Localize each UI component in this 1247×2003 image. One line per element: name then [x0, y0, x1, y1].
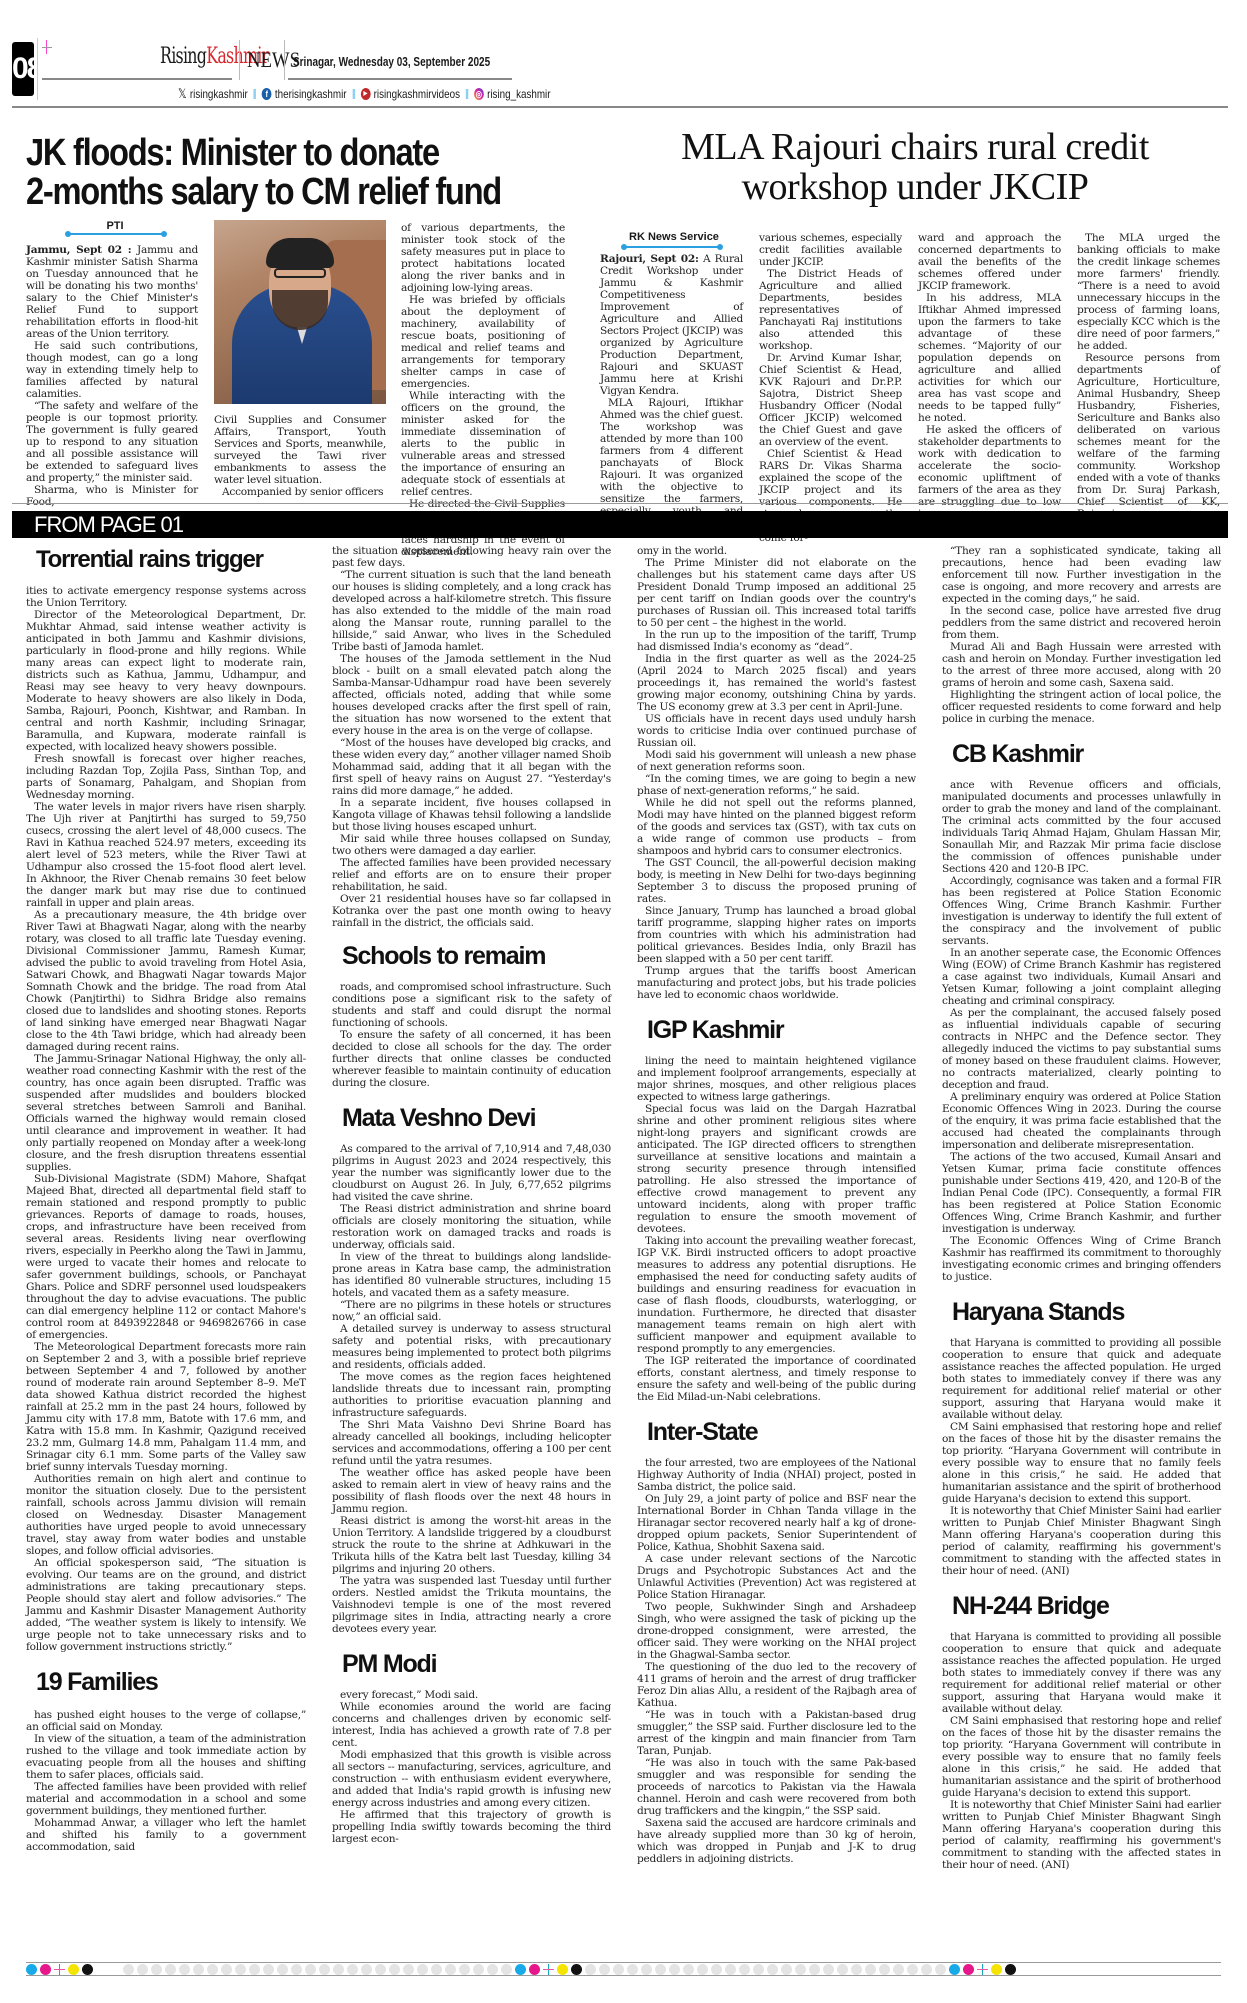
- separator: [466, 89, 468, 99]
- registration-cross-icon: [54, 1964, 65, 1975]
- registration-mark-icon: [42, 40, 52, 54]
- magenta-swatch-icon: [529, 1964, 540, 1975]
- dateline: Srinagar, Wednesday 03, September 2025: [293, 55, 490, 69]
- paragraph: ities to activate emergency response sys…: [26, 585, 306, 609]
- paragraph: of various departments, the minister too…: [401, 222, 565, 294]
- interstate-body: the four arrested, two are employees of …: [637, 1457, 916, 1865]
- paragraph: lining the need to maintain heightened v…: [637, 1055, 916, 1103]
- paragraph: Civil Supplies and Consumer Affairs, Tra…: [214, 414, 386, 486]
- paragraph: Two people, Sukhwinder Singh and Arshade…: [637, 1601, 916, 1661]
- banner-top-rule: [12, 503, 1228, 504]
- nh-244-body: that Haryana is committed to providing a…: [942, 1631, 1221, 1871]
- paragraph: While economies around the world are fac…: [332, 1701, 611, 1749]
- paragraph: To ensure the safety of all concerned, i…: [332, 1029, 611, 1089]
- paragraph: Since January, Trump has launched a broa…: [637, 905, 916, 965]
- paragraph: roads, and compromised school infrastruc…: [332, 981, 611, 1029]
- paragraph: The GST Council, the all-powerful decisi…: [637, 857, 916, 905]
- paragraph: The Meteorological Department forecasts …: [26, 1341, 306, 1473]
- byline-pti: PTI: [66, 220, 164, 232]
- paragraph: Mir said while three houses collapsed on…: [332, 833, 611, 857]
- paragraph: India in the first quarter as well as th…: [637, 653, 916, 713]
- paragraph: The Shri Mata Vaishno Devi Shrine Board …: [332, 1419, 611, 1467]
- paragraph: The yatra was suspended last Tuesday unt…: [332, 1575, 611, 1635]
- paragraph: The weather office has asked people have…: [332, 1467, 611, 1515]
- article-mla-col2: various schemes, especially credit facil…: [759, 232, 902, 544]
- headline-line-1: MLA Rajouri chairs rural credit: [600, 128, 1230, 168]
- yellow-swatch-icon: [557, 1964, 568, 1975]
- paragraph: The actions of the two accused, Kumail A…: [942, 1151, 1221, 1235]
- article-mla-col1: Rajouri, Sept 02: A Rural Credit Worksho…: [600, 253, 743, 529]
- paragraph: The MLA urged the banking officials to m…: [1077, 232, 1220, 352]
- modi-body: every forecast,” Modi said. While econom…: [332, 1689, 611, 1845]
- paragraph: “There are no pilgrims in these hotels o…: [332, 1299, 611, 1323]
- paragraph: “They ran a sophisticated syndicate, tak…: [942, 545, 1221, 605]
- section-heading-19-families: 19 Families: [26, 1667, 306, 1697]
- paragraph: ward and approach the concerned departme…: [918, 232, 1061, 292]
- paragraph: that Haryana is committed to providing a…: [942, 1631, 1221, 1715]
- from-page-col1: Torrential rains trigger ities to activa…: [26, 545, 306, 1853]
- paragraph: Highlighting the stringent action of loc…: [942, 689, 1221, 725]
- header-bottom-rule: [12, 106, 1228, 108]
- byline-underline: [68, 233, 164, 235]
- interstate-continued-body: “They ran a sophisticated syndicate, tak…: [942, 545, 1221, 725]
- article-floods-col3: of various departments, the minister too…: [401, 222, 565, 558]
- paragraph: every forecast,” Modi said.: [332, 1689, 611, 1701]
- paragraph: has pushed eight houses to the verge of …: [26, 1709, 306, 1733]
- paragraph: Resource persons from departments of Agr…: [1077, 352, 1220, 520]
- header-rule-left: [42, 78, 232, 80]
- paragraph: MLA Rajouri, Iftikhar Ahmed was the chie…: [600, 397, 743, 529]
- families-body: has pushed eight houses to the verge of …: [26, 1709, 306, 1853]
- section-heading-cb-kashmir: CB Kashmir: [942, 739, 1221, 769]
- paragraph: He affirmed that this trajectory of grow…: [332, 1809, 611, 1845]
- paragraph: A case under relevant sections of the Na…: [637, 1553, 916, 1601]
- masthead-divider: [239, 40, 240, 80]
- modi-continued-body: omy in the world. The Prime Minister did…: [637, 545, 916, 1001]
- paragraph: The questioning of the duo led to the re…: [637, 1661, 916, 1709]
- paragraph: Murad Ali and Bagh Hussain were arrested…: [942, 641, 1221, 689]
- section-heading-nh-244-bridge: NH-244 Bridge: [942, 1591, 1221, 1621]
- instagram-icon[interactable]: ◎: [474, 88, 484, 100]
- paragraph: A detailed survey is underway to assess …: [332, 1323, 611, 1371]
- section-heading-igp-kashmir: IGP Kashmir: [637, 1015, 916, 1045]
- paragraph: The water levels in major rivers have ri…: [26, 801, 306, 909]
- paragraph: “Most of the houses have developed big c…: [332, 737, 611, 797]
- paragraph: “In the coming times, we are going to be…: [637, 773, 916, 797]
- paragraph: While interacting with the officers on t…: [401, 390, 565, 498]
- section-heading-pm-modi: PM Modi: [332, 1649, 611, 1679]
- paragraph: Over 21 residential houses have so far c…: [332, 893, 611, 929]
- paragraph: various schemes, especially credit facil…: [759, 232, 902, 268]
- paragraph: The move comes as the region faces heigh…: [332, 1371, 611, 1419]
- headline-line-2: workshop under JKCIP: [600, 168, 1230, 208]
- magenta-swatch-icon: [40, 1964, 51, 1975]
- article-dateline: Rajouri, Sept 02:: [600, 253, 699, 265]
- minister-photo: [214, 220, 386, 404]
- paragraph: An official spokesperson said, “The situ…: [26, 1557, 306, 1653]
- section-heading-torrential-rains: Torrential rains trigger: [26, 545, 306, 575]
- paragraph: He asked the officers of stakeholder dep…: [918, 424, 1061, 520]
- paragraph: that Haryana is committed to providing a…: [942, 1337, 1221, 1421]
- paragraph: In the run up to the imposition of the t…: [637, 629, 916, 653]
- paragraph: “He was also in touch with the same Pak-…: [637, 1757, 916, 1817]
- article-floods-col1: Jammu, Sept 02 : Jammu and Kashmir minis…: [26, 244, 198, 508]
- paragraph: “The safety and welfare of the people is…: [26, 400, 198, 484]
- social-links: 𝕏 risingkashmir f therisingkashmir ▶ ris…: [178, 86, 551, 102]
- cyan-swatch-icon: [26, 1964, 37, 1975]
- paragraph: Special focus was laid on the Dargah Haz…: [637, 1103, 916, 1235]
- x-icon[interactable]: 𝕏: [178, 86, 187, 102]
- section-heading-inter-state: Inter-State: [637, 1417, 916, 1447]
- headline-jk-floods: JK floods: Minister to donate 2-months s…: [26, 134, 508, 212]
- paragraph: He said such contributions, though modes…: [26, 340, 198, 400]
- paragraph: CM Saini emphasised that restoring hope …: [942, 1715, 1221, 1799]
- paragraph: Trump argues that the tariffs boost Amer…: [637, 965, 916, 1001]
- paragraph: Director of the Meteorological Departmen…: [26, 609, 306, 753]
- paragraph: The houses of the Jamoda settlement in t…: [332, 653, 611, 737]
- magenta-swatch-icon: [963, 1964, 974, 1975]
- paragraph: Taking into account the prevailing weath…: [637, 1235, 916, 1355]
- masthead-divider-2: [284, 40, 285, 80]
- paragraph: the four arrested, two are employees of …: [637, 1457, 916, 1493]
- registration-cross-icon: [977, 1964, 988, 1975]
- paragraph: The affected families have been provided…: [26, 1781, 306, 1817]
- haryana-body: that Haryana is committed to providing a…: [942, 1337, 1221, 1577]
- paragraph: Fresh snowfall is forecast over higher r…: [26, 753, 306, 801]
- social-handle-youtube[interactable]: risingkashmirvideos: [374, 87, 460, 101]
- header-rule-right: [288, 78, 512, 80]
- paragraph: The affected families have been provided…: [332, 857, 611, 893]
- paragraph: the situation worsened following heavy r…: [332, 545, 611, 569]
- paragraph: Dr. Arvind Kumar Ishar, Chief Scientist …: [759, 352, 902, 448]
- paragraph: Reasi district is among the worst-hit ar…: [332, 1515, 611, 1575]
- torrential-rains-body: ities to activate emergency response sys…: [26, 585, 306, 1653]
- paragraph: On July 29, a joint party of police and …: [637, 1493, 916, 1553]
- from-page-banner: FROM PAGE 01: [12, 511, 1228, 538]
- paragraph: He was briefed by officials about the de…: [401, 294, 565, 390]
- paragraph: A Rural Credit Workshop under Jammu & Ka…: [600, 253, 743, 397]
- paragraph: ance with Revenue officers and officials…: [942, 779, 1221, 875]
- paragraph: In his address, MLA Iftikhar Ahmed impre…: [918, 292, 1061, 424]
- from-page-col3: omy in the world. The Prime Minister did…: [637, 545, 916, 1865]
- registration-cross-icon: [543, 1964, 554, 1975]
- paragraph: Modi said his government will unleash a …: [637, 749, 916, 773]
- paragraph: Accordingly, cognisance was taken and a …: [942, 875, 1221, 947]
- cyan-swatch-icon: [515, 1964, 526, 1975]
- paragraph: “The current situation is such that the …: [332, 569, 611, 653]
- paragraph: The Reasi district administration and sh…: [332, 1203, 611, 1251]
- headline-line-1: JK floods: Minister to donate: [26, 134, 508, 173]
- paragraph: US officials have in recent days used un…: [637, 713, 916, 749]
- from-page-col2: the situation worsened following heavy r…: [332, 545, 611, 1845]
- paragraph: In view of the situation, a team of the …: [26, 1733, 306, 1781]
- social-handle-x[interactable]: risingkashmir: [190, 87, 248, 101]
- separator: [352, 89, 354, 99]
- paragraph: The Prime Minister did not elaborate on …: [637, 557, 916, 629]
- paragraph: As a precautionary measure, the 4th brid…: [26, 909, 306, 1053]
- black-swatch-icon: [1005, 1964, 1016, 1975]
- article-mla-col4: The MLA urged the banking officials to m…: [1077, 232, 1220, 520]
- section-heading-haryana-stands: Haryana Stands: [942, 1297, 1221, 1327]
- paragraph: In an another seperate case, the Economi…: [942, 947, 1221, 1007]
- mata-body: As compared to the arrival of 7,10,914 a…: [332, 1143, 611, 1635]
- paragraph: The Economic Offences Wing of Crime Bran…: [942, 1235, 1221, 1283]
- families-continued-body: the situation worsened following heavy r…: [332, 545, 611, 929]
- headline-mla-rajouri: MLA Rajouri chairs rural credit workshop…: [600, 128, 1230, 208]
- article-floods-col2: Civil Supplies and Consumer Affairs, Tra…: [214, 414, 386, 498]
- paragraph: It is noteworthy that Chief Minister Sai…: [942, 1799, 1221, 1871]
- paragraph: Saxena said the accused are hardcore cri…: [637, 1817, 916, 1865]
- yellow-swatch-icon: [68, 1964, 79, 1975]
- facebook-icon[interactable]: f: [262, 88, 272, 100]
- color-registration-strip: [26, 1962, 1221, 1976]
- paragraph: Modi emphasized that this growth is visi…: [332, 1749, 611, 1809]
- cb-kashmir-body: ance with Revenue officers and officials…: [942, 779, 1221, 1283]
- black-swatch-icon: [82, 1964, 93, 1975]
- header-divider: [37, 38, 38, 100]
- cyan-swatch-icon: [949, 1964, 960, 1975]
- from-page-col4: “They ran a sophisticated syndicate, tak…: [942, 545, 1221, 1871]
- paragraph: Authorities remain on high alert and con…: [26, 1473, 306, 1557]
- paragraph: In a separate incident, five houses coll…: [332, 797, 611, 833]
- schools-body: roads, and compromised school infrastruc…: [332, 981, 611, 1089]
- yellow-swatch-icon: [991, 1964, 1002, 1975]
- paragraph: Accompanied by senior officers: [214, 486, 386, 498]
- paragraph: It is noteworthy that Chief Minister Sai…: [942, 1505, 1221, 1577]
- black-swatch-icon: [571, 1964, 582, 1975]
- paragraph: A preliminary enquiry was ordered at Pol…: [942, 1091, 1221, 1151]
- paragraph: While he did not spell out the reforms p…: [637, 797, 916, 857]
- social-handle-instagram[interactable]: rising_kashmir: [487, 87, 550, 101]
- paragraph: The IGP reiterated the importance of coo…: [637, 1355, 916, 1403]
- headline-line-2: 2-months salary to CM relief fund: [26, 173, 508, 212]
- paragraph: As per the complainant, the accused fals…: [942, 1007, 1221, 1091]
- igp-body: lining the need to maintain heightened v…: [637, 1055, 916, 1403]
- paragraph: omy in the world.: [637, 545, 916, 557]
- section-heading-schools: Schools to remaim: [332, 941, 611, 971]
- article-dateline: Jammu, Sept 02 :: [26, 244, 131, 256]
- paragraph: In the second case, police have arrested…: [942, 605, 1221, 641]
- paragraph: The District Heads of Agriculture and al…: [759, 268, 902, 352]
- page-number: 08: [12, 42, 34, 96]
- paragraph: Mohammad Anwar, a villager who left the …: [26, 1817, 306, 1853]
- youtube-icon[interactable]: ▶: [360, 88, 370, 100]
- byline-underline: [624, 246, 720, 248]
- paragraph: CM Saini emphasised that restoring hope …: [942, 1421, 1221, 1505]
- paragraph: The Jammu-Srinagar National Highway, the…: [26, 1053, 306, 1173]
- separator: [254, 89, 256, 99]
- social-handle-facebook[interactable]: therisingkashmir: [275, 87, 347, 101]
- brand-rising: Rising: [160, 44, 206, 69]
- paragraph: Sub-Divisional Magistrate (SDM) Mahore, …: [26, 1173, 306, 1341]
- article-mla-col3: ward and approach the concerned departme…: [918, 232, 1061, 520]
- paragraph: “He was in touch with a Pakistan-based d…: [637, 1709, 916, 1757]
- paragraph: Jammu and Kashmir minister Satish Sharma…: [26, 244, 198, 340]
- paragraph: Sharma, who is Minister for Food,: [26, 484, 198, 508]
- paragraph: In view of the threat to buildings along…: [332, 1251, 611, 1299]
- section-heading-mata-veshno-devi: Mata Veshno Devi: [332, 1103, 611, 1133]
- paragraph: As compared to the arrival of 7,10,914 a…: [332, 1143, 611, 1203]
- byline-rk-news: RK News Service: [620, 231, 728, 243]
